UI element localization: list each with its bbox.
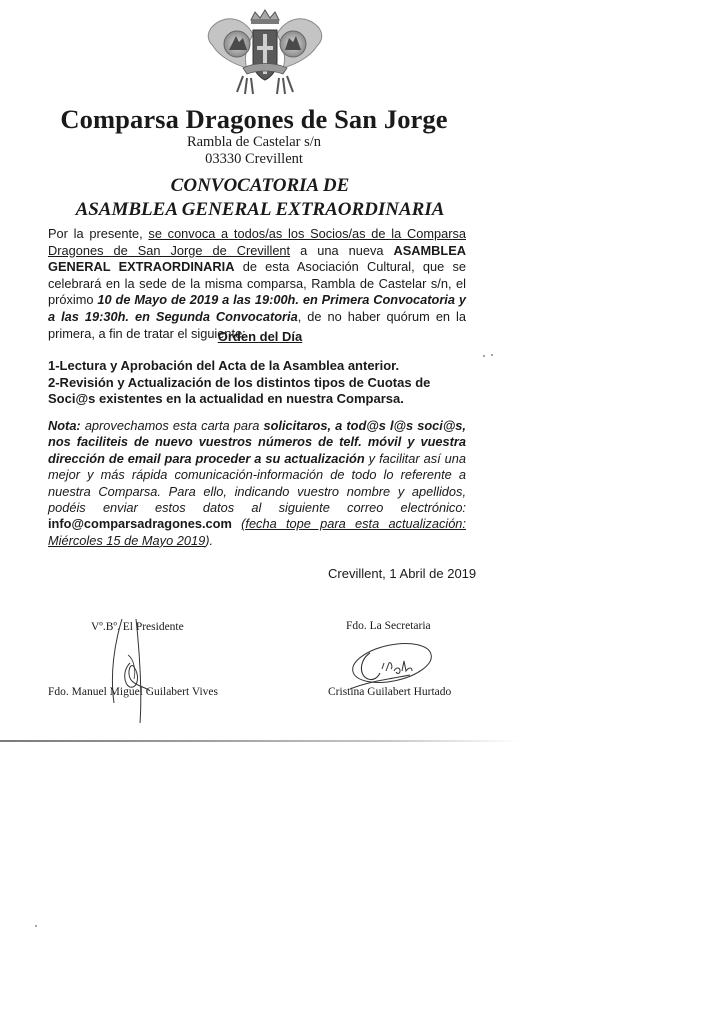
- intro-text: a una nueva: [290, 243, 393, 258]
- note-label: Nota:: [48, 418, 81, 433]
- heading-line1: CONVOCATORIA DE: [60, 175, 460, 197]
- note-text: aprovechamos esta carta para: [81, 418, 264, 433]
- note-paragraph: Nota: aprovechamos esta carta para solic…: [48, 418, 466, 549]
- president-signature-icon: [100, 615, 180, 725]
- dragon-coat-of-arms-icon: [203, 6, 327, 98]
- horizontal-divider: [0, 740, 520, 742]
- address-city: 03330 Crevillent: [60, 151, 448, 168]
- agenda-item: 2-Revisión y Actualización de los distin…: [48, 375, 478, 408]
- date-line: Crevillent, 1 Abril de 2019: [328, 566, 476, 581]
- spacer: [232, 516, 241, 531]
- agenda-list: 1-Lectura y Aprobación del Acta de la As…: [48, 358, 478, 408]
- address-street: Rambla de Castelar s/n: [60, 134, 448, 151]
- secretary-signature-icon: [340, 635, 440, 695]
- agenda-item: 1-Lectura y Aprobación del Acta de la As…: [48, 358, 478, 375]
- agenda-title: Orden del Día: [40, 329, 480, 344]
- intro-text: Por la presente,: [48, 226, 148, 241]
- organization-name: Comparsa Dragones de San Jorge: [60, 104, 448, 135]
- heading-line2: ASAMBLEA GENERAL EXTRAORDINARIA: [60, 199, 460, 221]
- secretary-title: Fdo. La Secretaria: [346, 620, 431, 632]
- scan-speck: [35, 925, 37, 927]
- note-text: ).: [205, 533, 213, 548]
- scan-speck: [491, 354, 493, 356]
- intro-paragraph: Por la presente, se convoca a todos/as l…: [48, 226, 466, 342]
- scan-speck: [483, 355, 485, 357]
- contact-email[interactable]: info@comparsadragones.com: [48, 516, 232, 531]
